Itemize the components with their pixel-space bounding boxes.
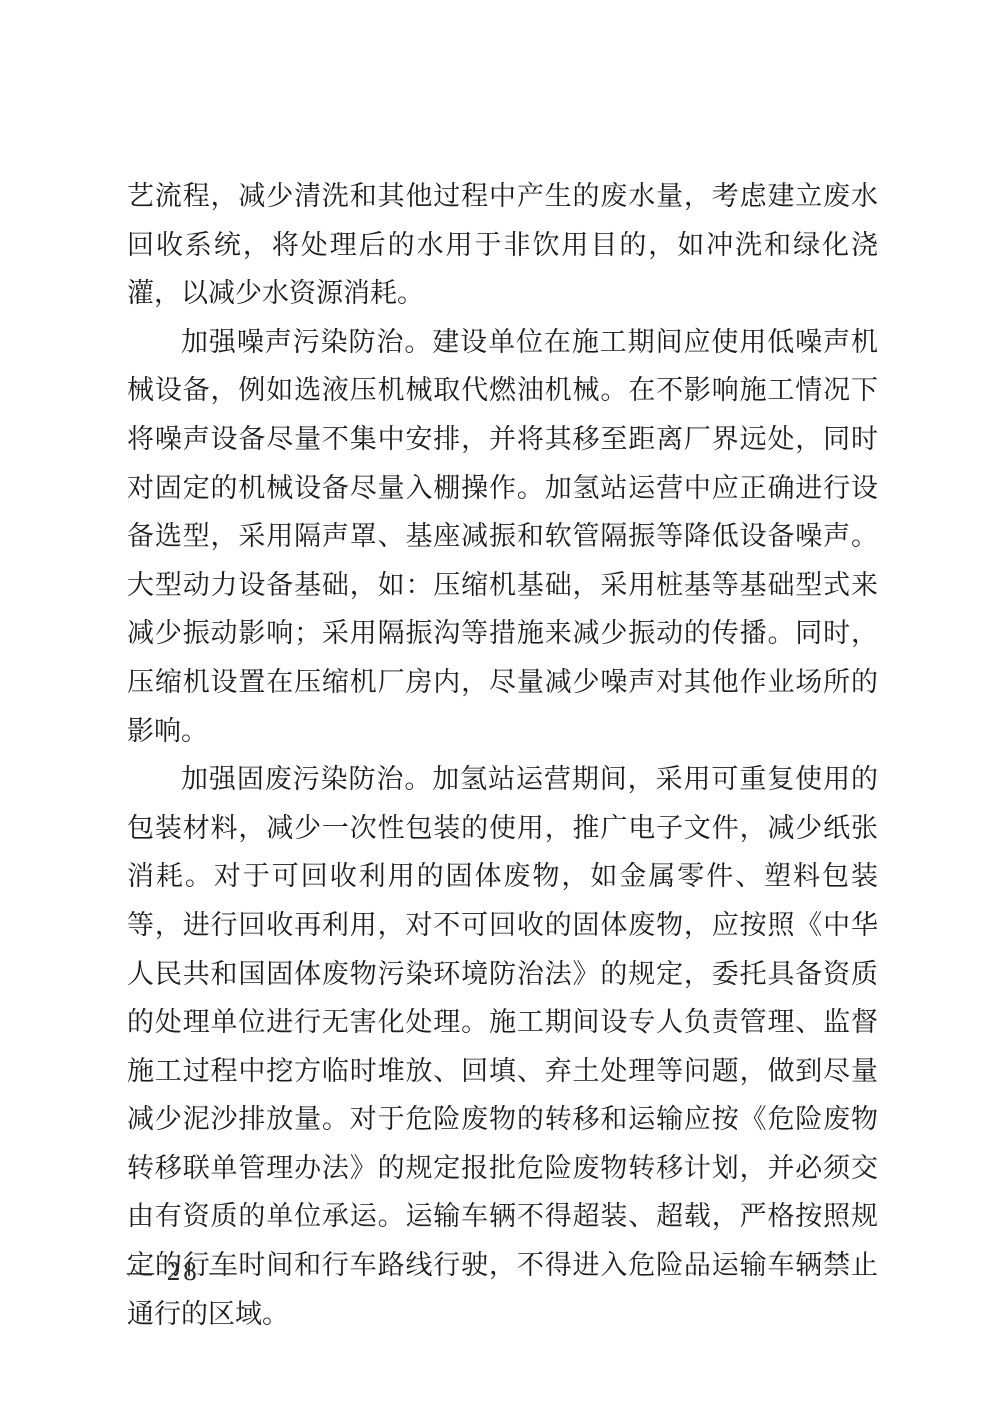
body-text: 艺流程，减少清洗和其他过程中产生的废水量，考虑建立废水回收系统，将处理后的水用于… (127, 172, 878, 1338)
body-paragraph: 加强噪声污染防治。建设单位在施工期间应使用低噪声机械设备，例如选液压机械取代燃油… (127, 318, 878, 755)
page-number: — 28 — (127, 1256, 240, 1287)
body-paragraph: 艺流程，减少清洗和其他过程中产生的废水量，考虑建立废水回收系统，将处理后的水用于… (127, 172, 878, 318)
document-page: 艺流程，减少清洗和其他过程中产生的废水量，考虑建立废水回收系统，将处理后的水用于… (0, 0, 1000, 1414)
body-paragraph: 加强固废污染防治。加氢站运营期间，采用可重复使用的包装材料，减少一次性包装的使用… (127, 755, 878, 1338)
